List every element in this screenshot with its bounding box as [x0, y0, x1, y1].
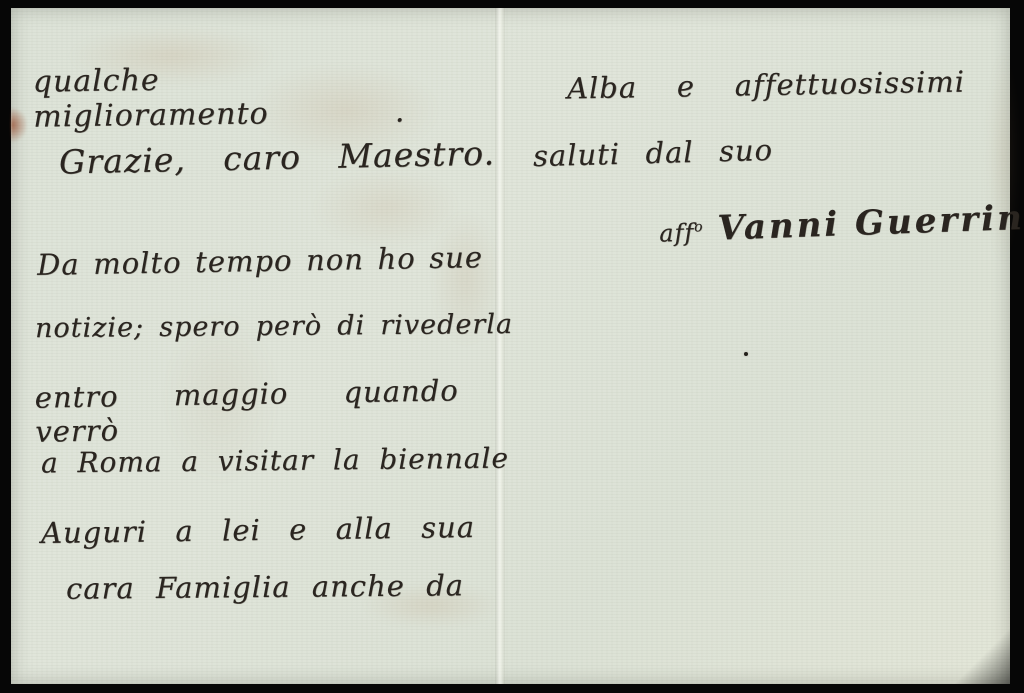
handwriting-line: saluti dal suo [533, 133, 774, 173]
handwriting-line: Da molto tempo non ho sue [37, 240, 484, 282]
handwriting-line: Auguri a lei e alla sua [41, 510, 475, 550]
handwriting-line: Grazie, caro Maestro. [59, 133, 496, 181]
letter-scan: qualche miglioramento . Grazie, caro Mae… [0, 0, 1024, 693]
signature-prefix: affo [659, 218, 704, 248]
page-fold-line [495, 8, 505, 684]
handwriting-line: cara Famiglia anche da [66, 568, 464, 605]
handwriting-line: a Roma a visitar la biennale [41, 442, 509, 480]
signature-name: Vanni Guerrini [717, 197, 1024, 248]
ink-show-through [311, 168, 461, 248]
handwriting-line: Alba e affettuosissimi [567, 65, 966, 106]
signature: affoVanni Guerrini [658, 197, 1024, 250]
handwriting-line: notizie; spero però di rivederla [35, 309, 513, 344]
paper-corner-shadow [930, 564, 1010, 684]
handwriting-line: entro maggio quando verrò [34, 373, 459, 448]
handwriting-line: qualche miglioramento . [33, 59, 406, 134]
red-ink-smudge [11, 108, 27, 142]
letter-paper: qualche miglioramento . Grazie, caro Mae… [11, 8, 1010, 684]
ink-dot [744, 352, 748, 356]
